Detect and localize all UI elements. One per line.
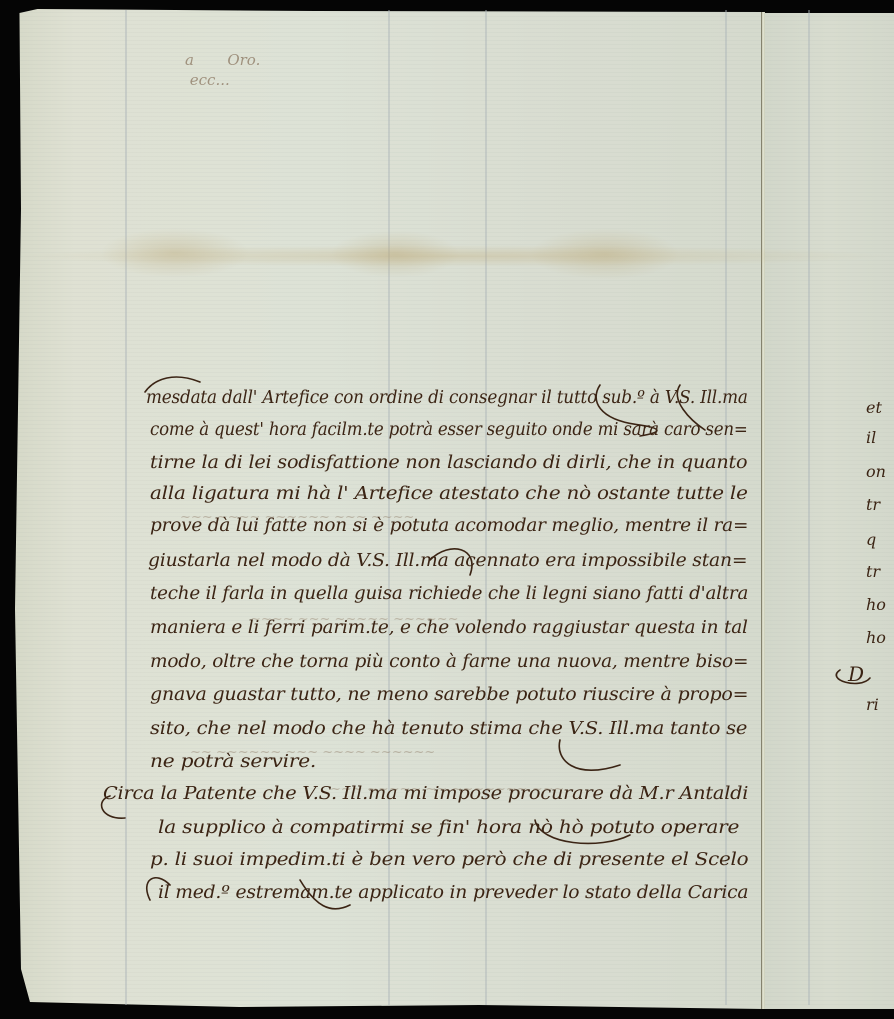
manuscript-line: mesdata dall' Artefice con ordine di con… (146, 388, 748, 408)
manuscript-line: giustarla nel modo dà V.S. Ill.ma acenna… (148, 551, 747, 571)
water-stain (100, 228, 250, 278)
water-stain (330, 230, 460, 278)
paper-crease (125, 10, 127, 1005)
manuscript-line: gnava guastar tutto, ne meno sarebbe pot… (150, 685, 748, 705)
faded-heading: a Oro. ecc... (185, 50, 260, 90)
right-page-fragment: ho (866, 595, 886, 614)
right-page-fragment: ho (866, 628, 886, 647)
water-stain (530, 228, 680, 280)
right-page-fragment: q (866, 530, 876, 549)
manuscript-line: p. li suoi impedim.ti è ben vero però ch… (150, 850, 748, 870)
scanned-document: ~~~ ~~~~ ~~~~~~ ~~~ ~~~~ ~~~~ ~~~ ~~~~~ … (0, 0, 894, 1019)
manuscript-line: come à quest' hora facilm.te potrà esser… (150, 420, 748, 440)
right-page-fragment: et (866, 398, 882, 417)
manuscript-line: maniera e li ferri parim.te, e che volen… (150, 618, 748, 638)
right-page-fragment: il (866, 428, 876, 447)
manuscript-line: Circa la Patente che V.S. Ill.ma mi impo… (103, 784, 748, 804)
manuscript-line: teche il farla in quella guisa richiede … (150, 584, 748, 604)
paper-crease (808, 10, 810, 1005)
manuscript-line: prove dà lui fatte non si è potuta acomo… (150, 516, 748, 536)
right-page-fragment: D (848, 662, 864, 686)
right-page-fragment: on (866, 462, 886, 481)
manuscript-line: la supplico à compatirmi se fin' hora nò… (158, 818, 739, 838)
right-page-fragment: ri (866, 695, 879, 714)
right-page-fragment: tr (866, 495, 880, 514)
right-page-fragment: tr (866, 562, 880, 581)
manuscript-line: sito, che nel modo che hà tenuto stima c… (150, 719, 747, 739)
manuscript-line: alla ligatura mi hà l' Artefice atestato… (150, 484, 748, 504)
manuscript-line: ne potrà servire. (150, 752, 316, 772)
manuscript-line: modo, oltre che torna più conto à farne … (150, 652, 748, 672)
manuscript-line: il med.º estremam.te applicato in preved… (158, 883, 748, 903)
manuscript-line: tirne la di lei sodisfattione non lascia… (150, 453, 747, 473)
